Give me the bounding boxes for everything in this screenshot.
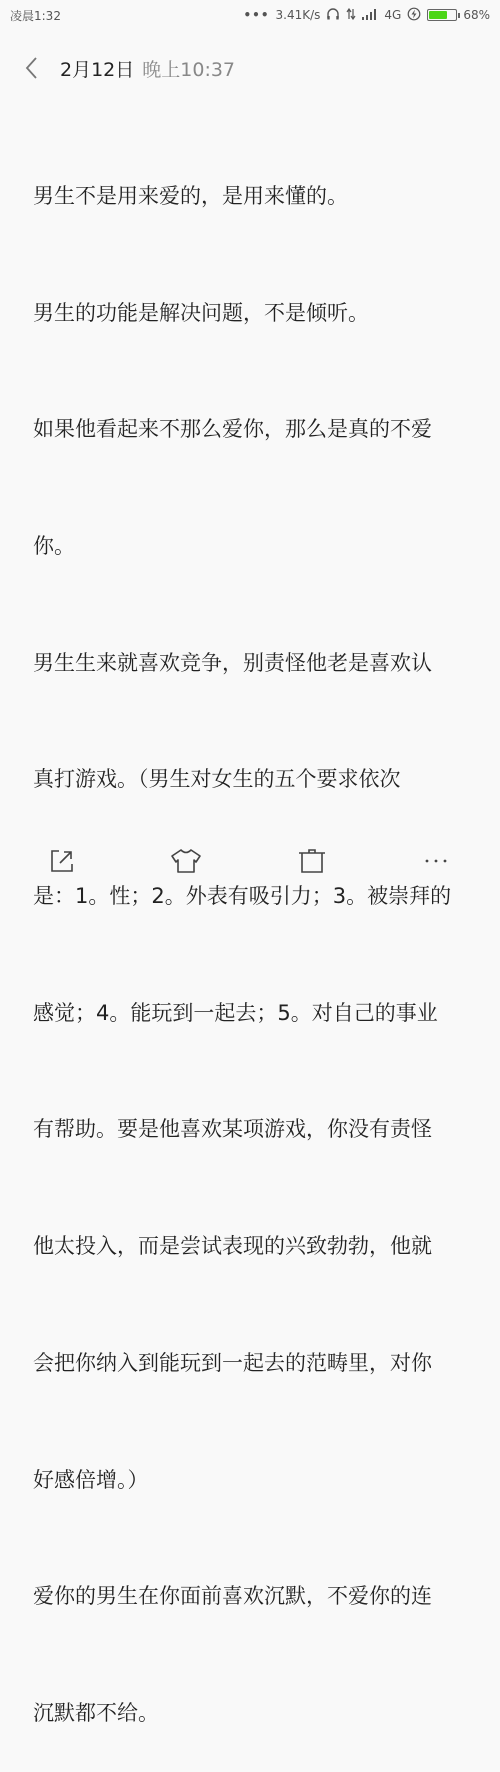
battery-fill xyxy=(429,11,447,19)
more-icon xyxy=(424,857,448,865)
network-speed: 3.41K/s xyxy=(276,8,321,22)
note-line: 男生生来就喜欢竞争，别责怪他老是喜欢认 xyxy=(33,644,483,683)
network-type: 4G xyxy=(384,8,401,22)
trash-icon xyxy=(298,848,326,874)
back-button[interactable] xyxy=(16,52,48,84)
note-line: 男生不是用来爱的，是用来懂的。 xyxy=(33,177,483,216)
note-line: 你。 xyxy=(33,527,483,566)
signal-icon xyxy=(362,8,378,23)
chevron-left-icon xyxy=(24,56,40,80)
note-body[interactable]: 男生不是用来爱的，是用来懂的。 男生的功能是解决问题，不是倾听。 如果他看起来不… xyxy=(33,99,483,888)
battery-icon xyxy=(427,9,457,21)
note-line: 真打游戏。（男生对女生的五个要求依次 xyxy=(33,760,483,799)
share-button[interactable] xyxy=(46,845,78,877)
theme-button[interactable] xyxy=(170,845,202,877)
more-button[interactable] xyxy=(420,845,452,877)
note-line: 男生的功能是解决问题，不是倾听。 xyxy=(33,294,483,333)
delete-button[interactable] xyxy=(296,845,328,877)
note-header: 2月12日 晚上10:37 xyxy=(0,48,500,88)
bottom-toolbar xyxy=(0,838,500,884)
data-transfer-icon xyxy=(346,8,356,23)
more-dots-icon: ••• xyxy=(243,8,269,22)
charging-icon xyxy=(407,7,421,24)
share-icon xyxy=(50,849,74,873)
note-time: 晚上10:37 xyxy=(142,55,235,82)
note-line: 如果他看起来不那么爱你，那么是真的不爱 xyxy=(33,410,483,449)
headset-icon xyxy=(326,7,340,24)
battery-percent: 68% xyxy=(463,8,490,22)
tshirt-icon xyxy=(170,848,202,874)
note-date: 2月12日 xyxy=(60,55,134,82)
status-time: 凌晨1:32 xyxy=(10,7,61,24)
status-bar: 凌晨1:32 ••• 3.41K/s 4G 68% xyxy=(0,0,500,30)
